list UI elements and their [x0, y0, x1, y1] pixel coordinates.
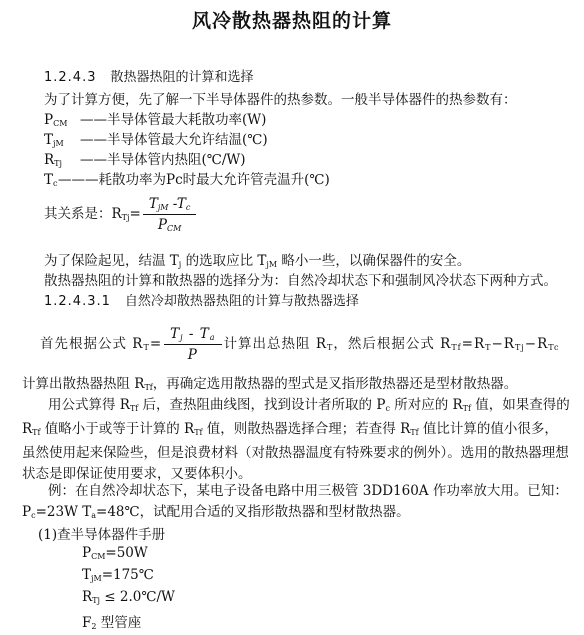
intro-text: 为了计算方便，先了解一下半导体器件的热参数。一般半导体器件的热参数有： — [44, 88, 517, 108]
value-package: F2 型管座 — [82, 611, 141, 631]
param-rtj: RTj——半导体管内热阻(℃/W) — [44, 148, 246, 168]
param-tjm: TjM——半导体管最大允许结温(℃) — [44, 128, 268, 148]
fraction: TjM -TcPCM — [143, 196, 197, 233]
paragraph-example: 例：在自然冷却状态下，某电子设备电路中用三极管 3DD160A 作功率放大用。已… — [22, 481, 570, 526]
modes-text: 散热器热阻的计算和散热器的选择分为：自然冷却状态下和强制风冷状态下两种方式。 — [44, 269, 557, 289]
value-rtj: RTj ≤ 2.0℃/W — [82, 589, 175, 605]
page-title: 风冷散热器热阻的计算 — [0, 6, 584, 33]
fraction: Tj - TaP — [164, 326, 221, 363]
section-title: 散热器热阻的计算和选择 — [110, 70, 253, 85]
safety-text: 为了保险起见，结温 Tj 的选取应比 TjM 略小一些，以确保器件的安全。 — [44, 249, 470, 269]
step-1: (1)查半导体器件手册 — [38, 523, 165, 543]
value-pcm: PCM=50W — [82, 545, 148, 561]
section-heading-1-2-4-3-1: 1.2.4.3.1自然冷却散热器热阻的计算与散热器选择 — [44, 290, 359, 309]
param-tc: Tc———耗散功率为Pc时最大允许管壳温升(℃) — [44, 168, 330, 188]
param-pcm: PCM——半导体管最大耗散功率(W) — [44, 108, 266, 128]
section-number: 1.2.4.3 — [44, 70, 96, 85]
relation-formula: 其关系是：RTj=TjM -TcPCM — [44, 196, 198, 233]
paragraph-selection: 用公式算得 RTf 后，查热阻曲线图，找到设计者所取的 Pc 所对应的 RTf … — [22, 395, 570, 485]
section-heading-1-2-4-3: 1.2.4.3散热器热阻的计算和选择 — [44, 66, 254, 85]
total-resistance-formula: 首先根据公式 RT=Tj - TaP计算出总热阻 RT，然后根据公式 RTf=R… — [40, 326, 559, 363]
value-tjm: TjM=175℃ — [82, 567, 154, 583]
